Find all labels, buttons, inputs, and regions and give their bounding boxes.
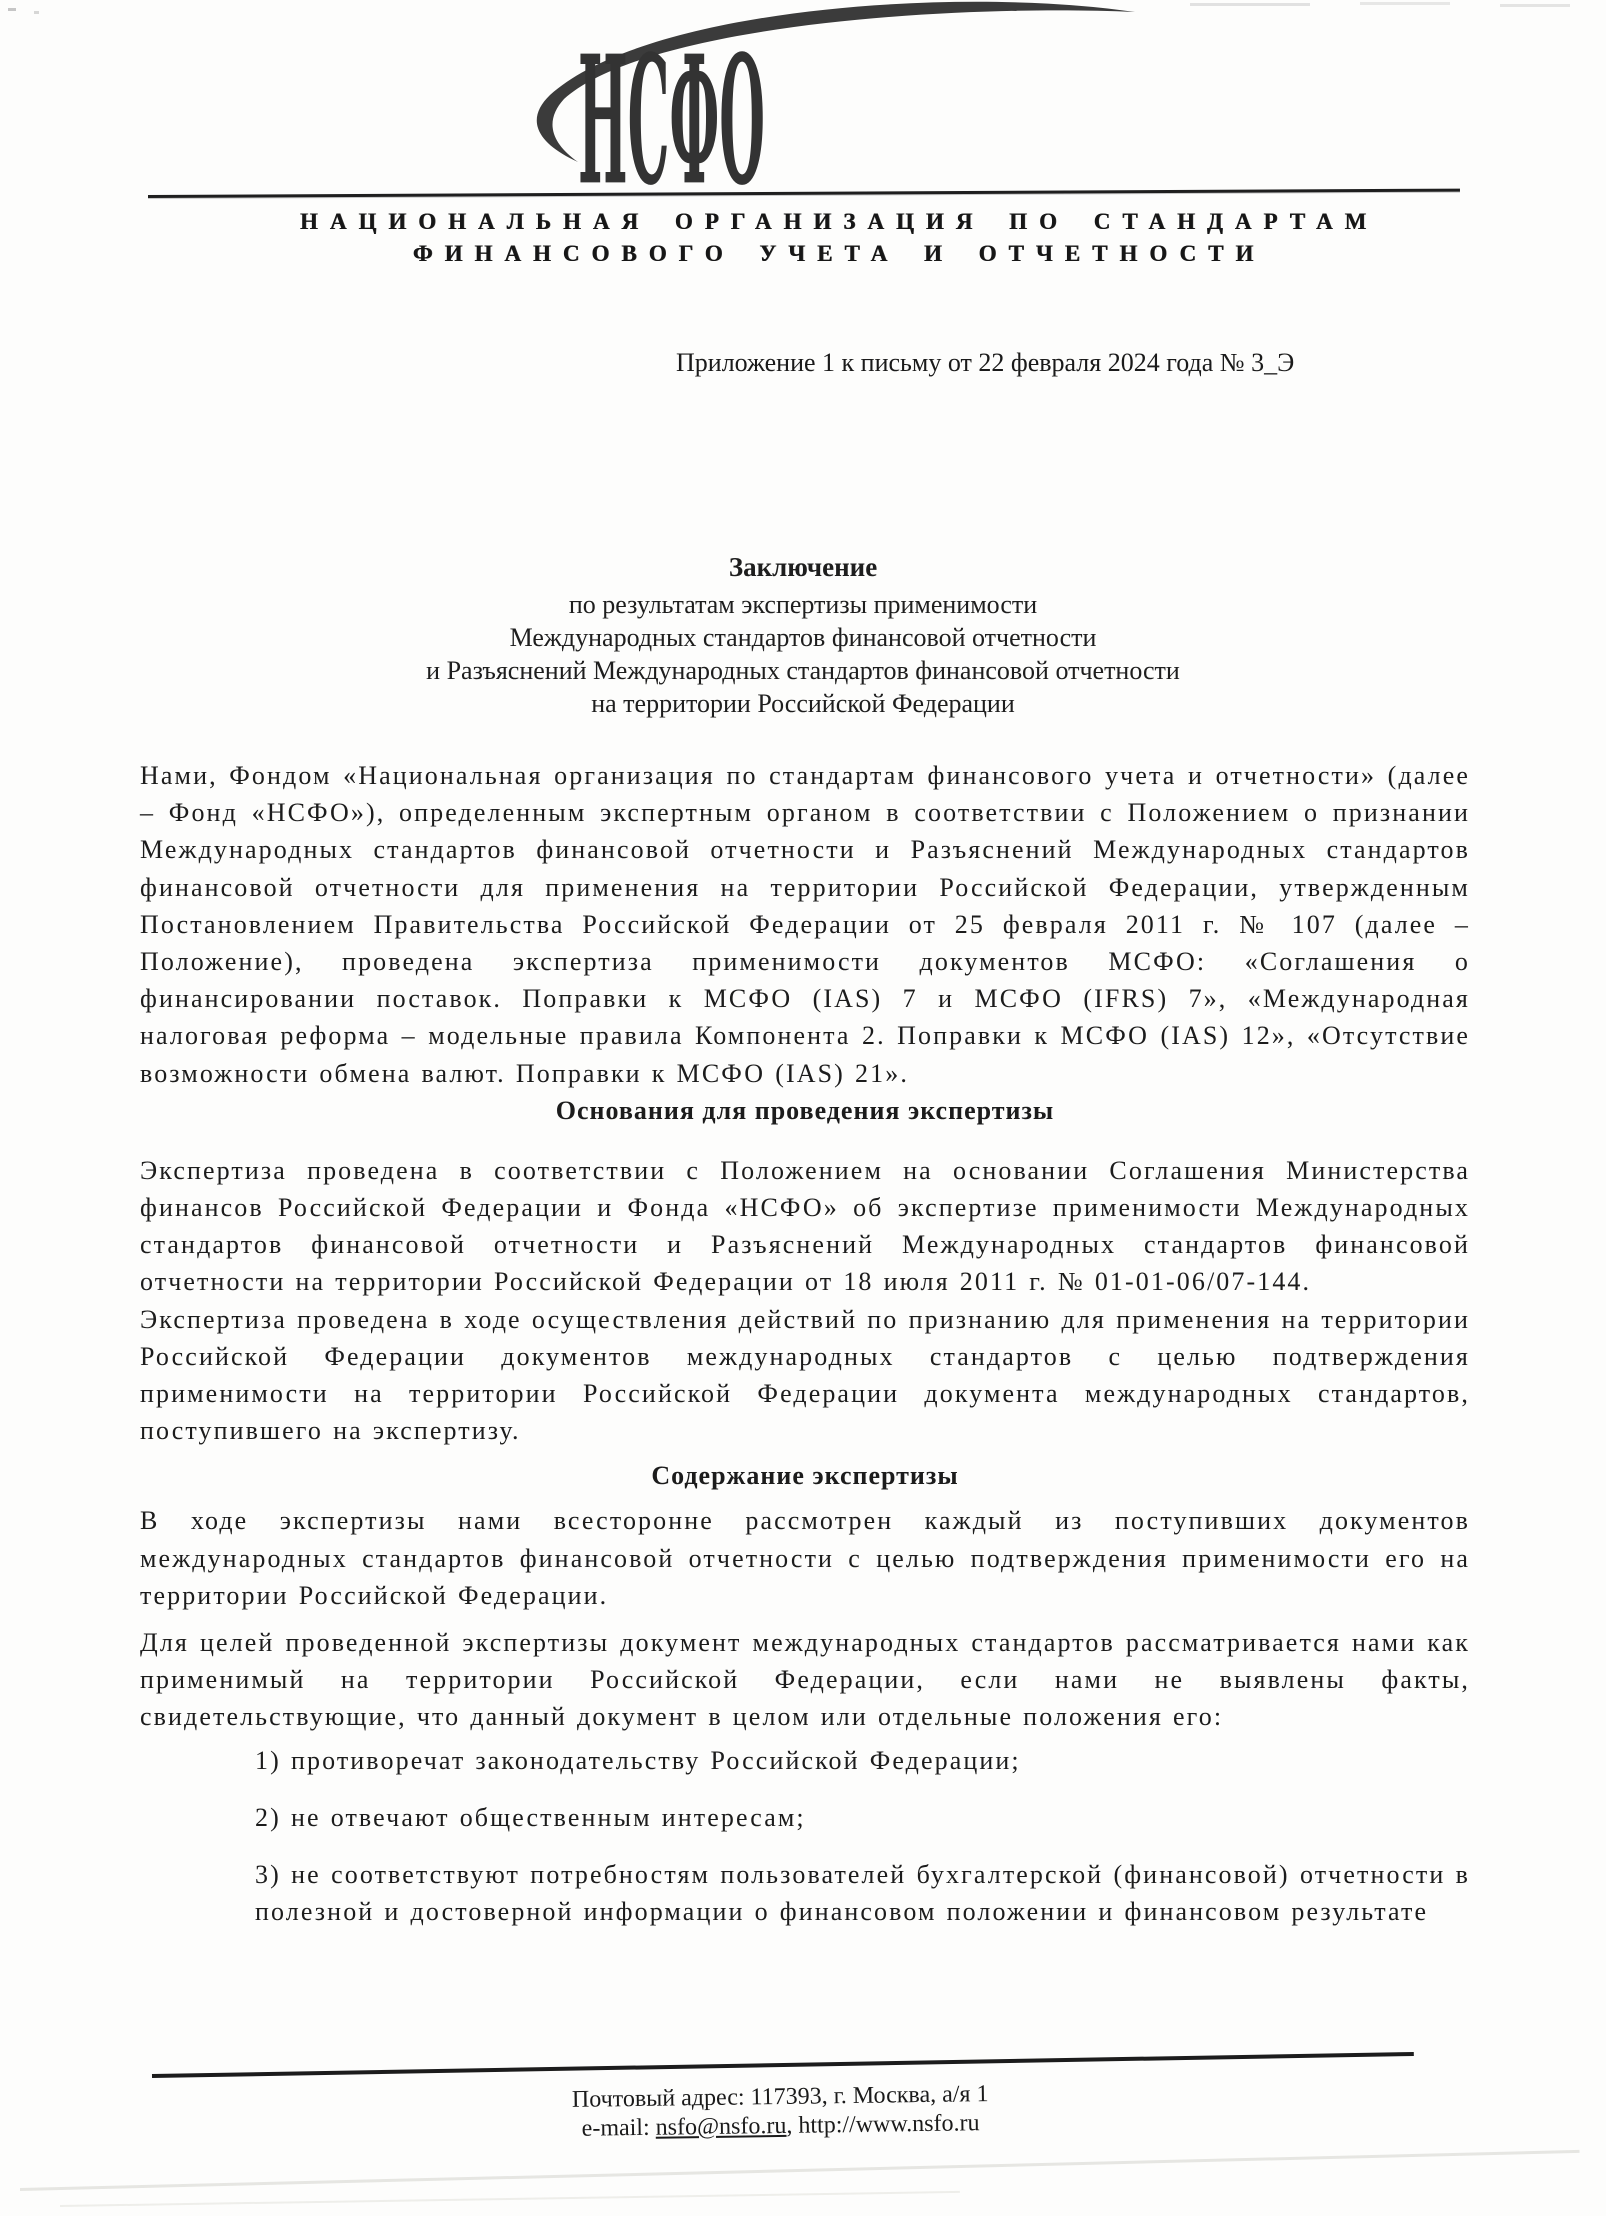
- paragraph: Экспертиза проведена в ходе осуществлени…: [140, 1301, 1470, 1450]
- letterhead-line-2: ФИНАНСОВОГО УЧЕТА И ОТЧЕТНОСТИ: [36, 241, 1606, 267]
- footer: Почтовый адрес: 117393, г. Москва, а/я 1…: [0, 2072, 1561, 2152]
- paragraph: Экспертиза проведена в соответствии с По…: [140, 1152, 1470, 1301]
- scan-speck: [1500, 4, 1570, 7]
- list-item: 1) противоречат законодательству Российс…: [255, 1742, 1470, 1779]
- document-body: Нами, Фондом «Национальная организация п…: [140, 757, 1470, 1930]
- title-subtitle-line: и Разъяснений Международных стандартов ф…: [0, 654, 1606, 687]
- title-subtitle-line: Международных стандартов финансовой отче…: [0, 621, 1606, 654]
- page-edge-shadow: [20, 2150, 1580, 2191]
- paragraph: В ходе экспертизы нами всесторонне рассм…: [140, 1502, 1470, 1614]
- title-subtitle-line: на территории Российской Федерации: [0, 687, 1606, 720]
- document-title-block: Заключение по результатам экспертизы при…: [0, 551, 1606, 720]
- document-title: Заключение: [0, 551, 1606, 584]
- website-text: , http://www.nsfo.ru: [786, 2110, 979, 2139]
- list-item: 2) не отвечают общественным интересам;: [255, 1799, 1470, 1836]
- scan-speck: [34, 11, 39, 14]
- scan-speck: [1190, 3, 1310, 6]
- scan-speck: [8, 8, 16, 11]
- email-link[interactable]: nsfo@nsfo.ru: [655, 2113, 786, 2141]
- email-label: e-mail:: [582, 2115, 656, 2142]
- title-subtitle-line: по результатам экспертизы применимости: [0, 588, 1606, 621]
- page-edge-shadow: [60, 2191, 960, 2207]
- scanned-document-page: НСФО НАЦИОНАЛЬНАЯ ОРГАНИЗАЦИЯ ПО СТАНДАР…: [0, 0, 1606, 2216]
- nsfo-logo: НСФО: [478, 0, 1178, 192]
- section-heading-grounds: Основания для проведения экспертизы: [140, 1092, 1470, 1129]
- section-heading-contents: Содержание экспертизы: [140, 1457, 1470, 1494]
- logo-text: НСФО: [578, 17, 765, 192]
- intro-paragraph: Нами, Фондом «Национальная организация п…: [140, 757, 1470, 1092]
- paragraph: Для целей проведенной экспертизы докумен…: [140, 1624, 1470, 1736]
- scan-speck: [1360, 2, 1450, 5]
- letterhead-line-1: НАЦИОНАЛЬНАЯ ОРГАНИЗАЦИЯ ПО СТАНДАРТАМ: [36, 209, 1606, 235]
- annex-reference-line: Приложение 1 к письму от 22 февраля 2024…: [676, 348, 1294, 378]
- footer-rule: [152, 2052, 1414, 2078]
- list-item: 3) не соответствуют потребностям пользов…: [255, 1856, 1470, 1930]
